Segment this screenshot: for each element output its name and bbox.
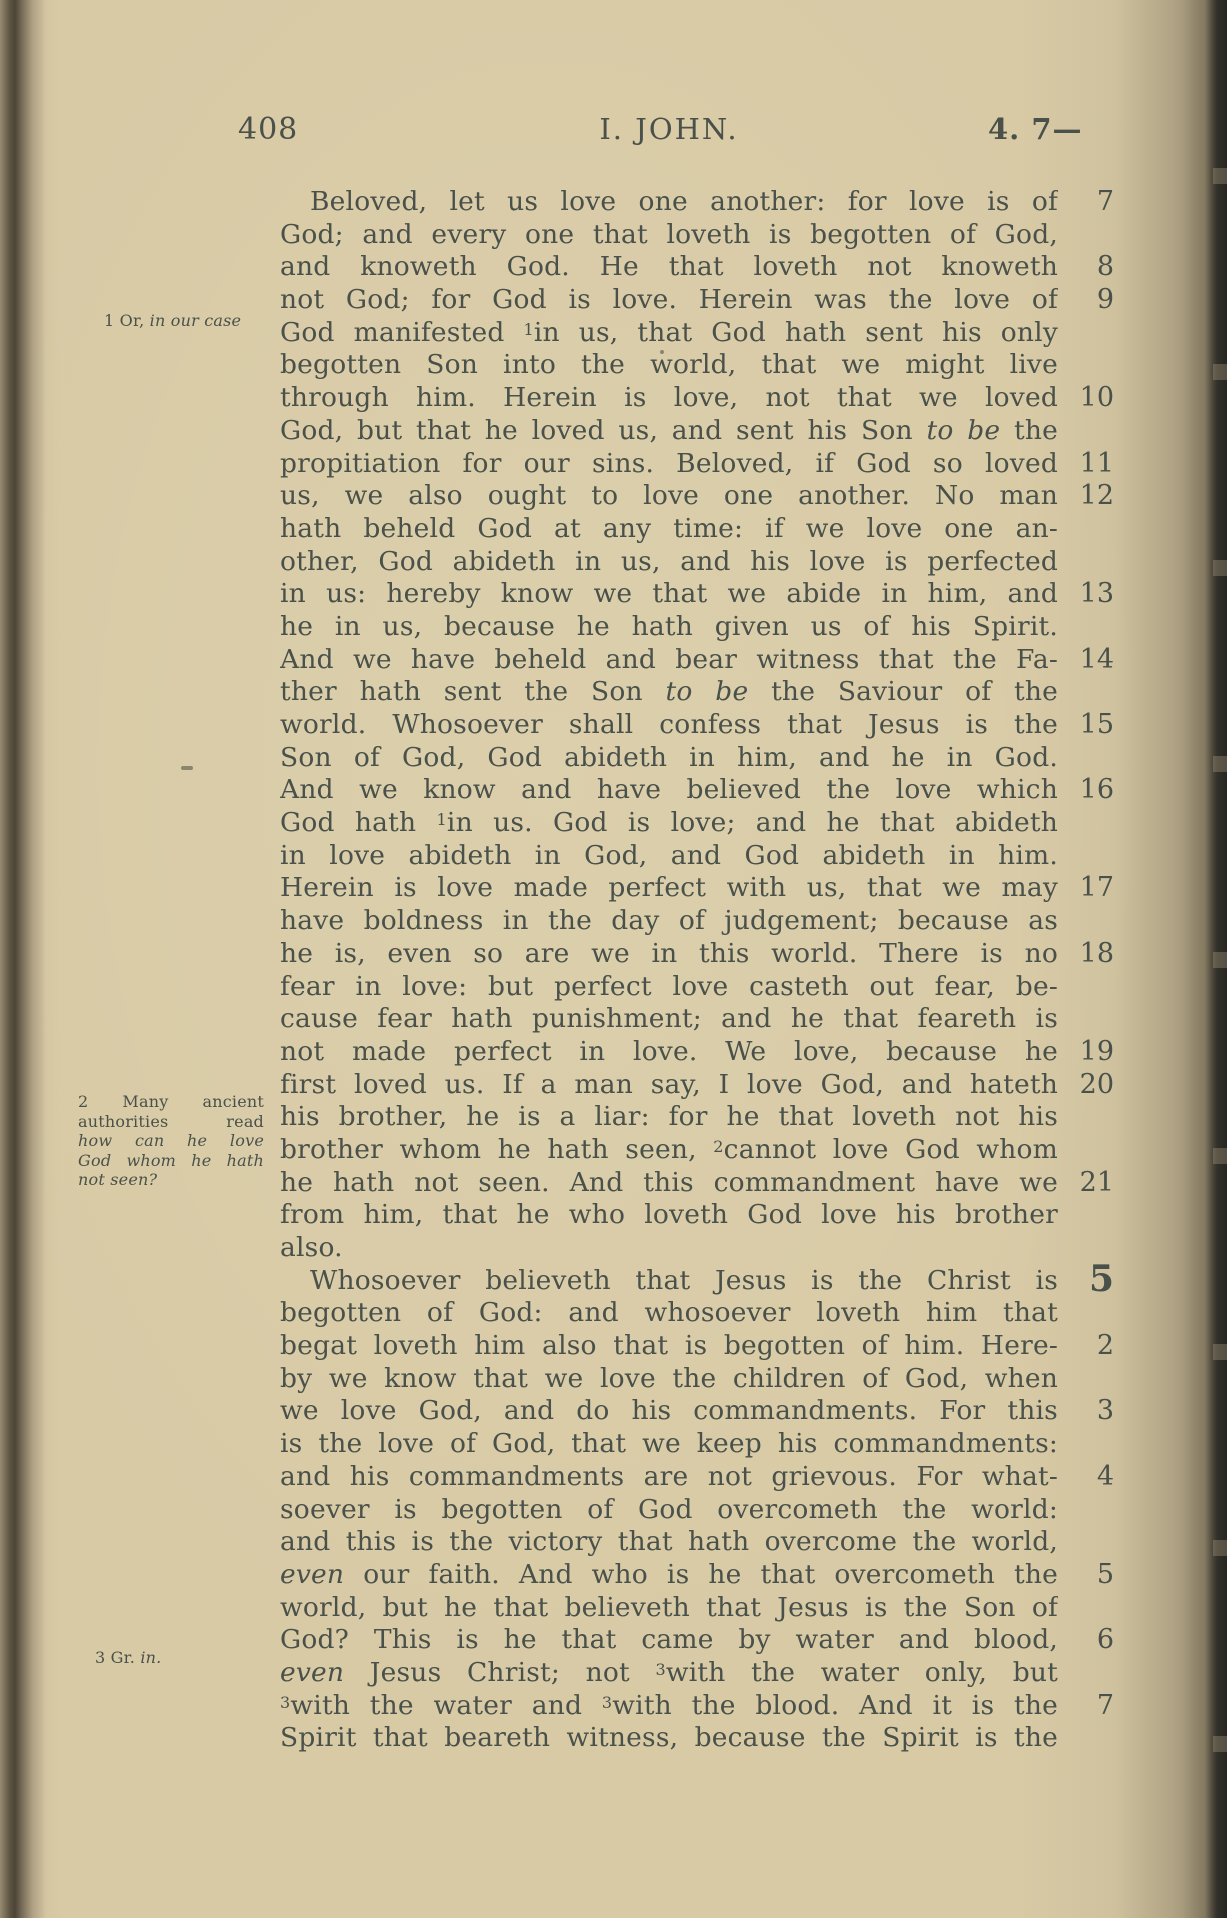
verse-number: [1058, 1134, 1114, 1167]
text-line: soever is begotten of God overcometh the…: [280, 1494, 1180, 1527]
book-title: I. JOHN.: [280, 112, 1058, 146]
verse-number: [1058, 1722, 1114, 1755]
text-line: ther hath sent the Son to be the Saviour…: [280, 676, 1180, 709]
text-line-content: he hath not seen. And this commandment h…: [280, 1167, 1058, 1200]
text-line-content: hath beheld God at any time: if we love …: [280, 513, 1058, 546]
text-line-content: And we have beheld and bear witness that…: [280, 644, 1058, 677]
verse-number: [1058, 349, 1114, 382]
text-line: hath beheld God at any time: if we love …: [280, 513, 1180, 546]
verse-number: 4: [1058, 1461, 1114, 1494]
text-line-content: by we know that we love the children of …: [280, 1363, 1058, 1396]
text-line-content: not God; for God is love. Herein was the…: [280, 284, 1058, 317]
text-line: from him, that he who loveth God love hi…: [280, 1199, 1180, 1232]
text-line: world. Whosoever shall confess that Jesu…: [280, 709, 1180, 742]
text-line-content: world, but he that believeth that Jesus …: [280, 1592, 1058, 1625]
text-line: in love abideth in God, and God abideth …: [280, 840, 1180, 873]
text-line: begat loveth him also that is begotten o…: [280, 1330, 1180, 1363]
text-line-content: and knoweth God. He that loveth not know…: [280, 251, 1058, 284]
text-line-content: Herein is love made perfect with us, tha…: [280, 872, 1058, 905]
text-line-content: his brother, he is a liar: for he that l…: [280, 1101, 1058, 1134]
text-line: And we know and have believed the love w…: [280, 774, 1180, 807]
running-head: 408 I. JOHN. 4. 7—: [0, 112, 1227, 146]
text-line-content: in love abideth in God, and God abideth …: [280, 840, 1058, 873]
text-line-content: world. Whosoever shall confess that Jesu…: [280, 709, 1058, 742]
verse-number: [1058, 1297, 1114, 1330]
margin-note-line: 1 Or, in our case: [104, 311, 262, 331]
text-line-content: cause fear hath punishment; and he that …: [280, 1003, 1058, 1036]
text-line-content: begat loveth him also that is begotten o…: [280, 1330, 1058, 1363]
text-line: have boldness in the day of judgement; b…: [280, 905, 1180, 938]
text-line: world, but he that believeth that Jesus …: [280, 1592, 1180, 1625]
text-line: even our faith. And who is he that overc…: [280, 1559, 1180, 1592]
text-line: he in us, because he hath given us of hi…: [280, 611, 1180, 644]
margin-note-line: how can he love: [78, 1131, 264, 1151]
page-stack-notches: [1213, 0, 1227, 1918]
page-stack-edge: [1117, 0, 1227, 1918]
verse-number: [1058, 807, 1114, 840]
text-line-content: begotten Son into the world, that we mig…: [280, 349, 1058, 382]
verse-number: [1058, 676, 1114, 709]
verse-number: [1058, 1363, 1114, 1396]
text-line-content: soever is begotten of God overcometh the…: [280, 1494, 1058, 1527]
text-line-content: from him, that he who loveth God love hi…: [280, 1199, 1058, 1232]
verse-number: [1058, 1199, 1114, 1232]
margin-note-3: 3 Gr. in.: [95, 1648, 225, 1668]
text-line: 3with the water and 3with the blood. And…: [280, 1690, 1180, 1723]
verse-number: 16: [1058, 774, 1114, 807]
text-line: his brother, he is a liar: for he that l…: [280, 1101, 1180, 1134]
verse-number: [1058, 513, 1114, 546]
text-line: God hath 1in us. God is love; and he tha…: [280, 807, 1180, 840]
chapter-number: 5: [1058, 1265, 1114, 1298]
verse-number: 6: [1058, 1624, 1114, 1657]
text-line-content: not made perfect in love. We love, becau…: [280, 1036, 1058, 1069]
text-line: propitiation for our sins. Beloved, if G…: [280, 448, 1180, 481]
text-line: in us: hereby know we that we abide in h…: [280, 578, 1180, 611]
text-line-content: and this is the victory that hath overco…: [280, 1526, 1058, 1559]
verse-number: [1058, 905, 1114, 938]
text-line: Herein is love made perfect with us, tha…: [280, 872, 1180, 905]
verse-number: 7: [1058, 1690, 1114, 1723]
margin-note-line: authorities read: [78, 1112, 264, 1132]
text-line-content: brother whom he hath seen, 2cannot love …: [280, 1134, 1058, 1167]
text-line-content: us, we also ought to love one another. N…: [280, 480, 1058, 513]
verse-number: 13: [1058, 578, 1114, 611]
text-line-content: God? This is he that came by water and b…: [280, 1624, 1058, 1657]
verse-number: 9: [1058, 284, 1114, 317]
verse-number: [1058, 611, 1114, 644]
text-line-content: and his commandments are not grievous. F…: [280, 1461, 1058, 1494]
text-line-content: ther hath sent the Son to be the Saviour…: [280, 676, 1058, 709]
verse-number: 5: [1058, 1559, 1114, 1592]
verse-number: [1058, 219, 1114, 252]
verse-number: [1058, 1428, 1114, 1461]
verse-number: 14: [1058, 644, 1114, 677]
verse-number: 21: [1058, 1167, 1114, 1200]
verse-number: 18: [1058, 938, 1114, 971]
text-line-content: we love God, and do his commandments. Fo…: [280, 1395, 1058, 1428]
text-line: God; and every one that loveth is begott…: [280, 219, 1180, 252]
verse-number: [1058, 415, 1114, 448]
margin-note-line: 3 Gr. in.: [95, 1648, 225, 1668]
text-line: and his commandments are not grievous. F…: [280, 1461, 1180, 1494]
text-line-content: he in us, because he hath given us of hi…: [280, 611, 1058, 644]
text-line-content: And we know and have believed the love w…: [280, 774, 1058, 807]
verse-number: 2: [1058, 1330, 1114, 1363]
text-line: God manifested 1in us, that God hath sen…: [280, 317, 1180, 350]
verse-number: 12: [1058, 480, 1114, 513]
text-line: begotten of God: and whosoever loveth hi…: [280, 1297, 1180, 1330]
scanned-book-page: 408 I. JOHN. 4. 7— 1 Or, in our case 2 M…: [0, 0, 1227, 1918]
text-line-content: propitiation for our sins. Beloved, if G…: [280, 448, 1058, 481]
text-line-content: in us: hereby know we that we abide in h…: [280, 578, 1058, 611]
scan-speck: [660, 350, 664, 354]
verse-number: 11: [1058, 448, 1114, 481]
text-line: not made perfect in love. We love, becau…: [280, 1036, 1180, 1069]
margin-note-line: God whom he hath: [78, 1151, 264, 1171]
book-binding-edge: [0, 0, 46, 1918]
text-line-content: Whosoever believeth that Jesus is the Ch…: [280, 1265, 1058, 1298]
text-line: and this is the victory that hath overco…: [280, 1526, 1180, 1559]
text-line: brother whom he hath seen, 2cannot love …: [280, 1134, 1180, 1167]
text-line: And we have beheld and bear witness that…: [280, 644, 1180, 677]
verse-number: [1058, 1526, 1114, 1559]
verse-number: 10: [1058, 382, 1114, 415]
scripture-text: Beloved, let us love one another: for lo…: [280, 186, 1180, 1755]
text-line-content: Beloved, let us love one another: for lo…: [280, 186, 1058, 219]
text-line-content: fear in love: but perfect love casteth o…: [280, 971, 1058, 1004]
text-line-content: begotten of God: and whosoever loveth hi…: [280, 1297, 1058, 1330]
text-line: God? This is he that came by water and b…: [280, 1624, 1180, 1657]
verse-number: [1058, 1494, 1114, 1527]
text-line: through him. Herein is love, not that we…: [280, 382, 1180, 415]
text-line-content: God; and every one that loveth is begott…: [280, 219, 1058, 252]
text-line: he hath not seen. And this commandment h…: [280, 1167, 1180, 1200]
verse-number: 15: [1058, 709, 1114, 742]
verse-number: [1058, 1101, 1114, 1134]
text-line: is the love of God, that we keep his com…: [280, 1428, 1180, 1461]
verse-number: 8: [1058, 251, 1114, 284]
scan-speck: [181, 766, 193, 770]
text-line: not God; for God is love. Herein was the…: [280, 284, 1180, 317]
verse-number: [1058, 546, 1114, 579]
text-line-content: he is, even so are we in this world. The…: [280, 938, 1058, 971]
margin-note-1: 1 Or, in our case: [104, 311, 262, 331]
margin-note-line: not seen?: [78, 1170, 264, 1190]
verse-number: 3: [1058, 1395, 1114, 1428]
chapter-verse-reference: 4. 7—: [988, 112, 1083, 146]
text-line: he is, even so are we in this world. The…: [280, 938, 1180, 971]
verse-number: 7: [1058, 186, 1114, 219]
text-line: cause fear hath punishment; and he that …: [280, 1003, 1180, 1036]
text-line: even Jesus Christ; not 3with the water o…: [280, 1657, 1180, 1690]
text-line: other, God abideth in us, and his love i…: [280, 546, 1180, 579]
text-line-content: other, God abideth in us, and his love i…: [280, 546, 1058, 579]
verse-number: [1058, 317, 1114, 350]
verse-number: [1058, 971, 1114, 1004]
verse-number: [1058, 1657, 1114, 1690]
text-line: Son of God, God abideth in him, and he i…: [280, 742, 1180, 775]
text-line-content: God hath 1in us. God is love; and he tha…: [280, 807, 1058, 840]
text-line-content: God, but that he loved us, and sent his …: [280, 415, 1058, 448]
text-line-content: even our faith. And who is he that overc…: [280, 1559, 1058, 1592]
text-line-content: also.: [280, 1232, 1058, 1265]
text-line-content: is the love of God, that we keep his com…: [280, 1428, 1058, 1461]
verse-number: 19: [1058, 1036, 1114, 1069]
verse-number: 17: [1058, 872, 1114, 905]
text-line: begotten Son into the world, that we mig…: [280, 349, 1180, 382]
text-line: and knoweth God. He that loveth not know…: [280, 251, 1180, 284]
text-line: Beloved, let us love one another: for lo…: [280, 186, 1180, 219]
verse-number: 20: [1058, 1069, 1114, 1102]
verse-number: [1058, 1592, 1114, 1625]
verse-number: [1058, 1003, 1114, 1036]
text-line-content: through him. Herein is love, not that we…: [280, 382, 1058, 415]
text-line: we love God, and do his commandments. Fo…: [280, 1395, 1180, 1428]
text-line: fear in love: but perfect love casteth o…: [280, 971, 1180, 1004]
text-line-content: Spirit that beareth witness, because the…: [280, 1722, 1058, 1755]
verse-number: [1058, 742, 1114, 775]
text-line: first loved us. If a man say, I love God…: [280, 1069, 1180, 1102]
text-line: by we know that we love the children of …: [280, 1363, 1180, 1396]
text-line-content: first loved us. If a man say, I love God…: [280, 1069, 1058, 1102]
text-line-content: even Jesus Christ; not 3with the water o…: [280, 1657, 1058, 1690]
text-line-content: Son of God, God abideth in him, and he i…: [280, 742, 1058, 775]
text-line-content: God manifested 1in us, that God hath sen…: [280, 317, 1058, 350]
verse-number: [1058, 840, 1114, 873]
text-line-content: have boldness in the day of judgement; b…: [280, 905, 1058, 938]
text-line: also.: [280, 1232, 1180, 1265]
text-line: Whosoever believeth that Jesus is the Ch…: [280, 1265, 1180, 1298]
margin-note-2: 2 Many ancientauthorities readhow can he…: [78, 1092, 264, 1190]
text-line: us, we also ought to love one another. N…: [280, 480, 1180, 513]
margin-note-line: 2 Many ancient: [78, 1092, 264, 1112]
text-line: Spirit that beareth witness, because the…: [280, 1722, 1180, 1755]
scan-speck: [956, 597, 961, 602]
text-line: God, but that he loved us, and sent his …: [280, 415, 1180, 448]
text-line-content: 3with the water and 3with the blood. And…: [280, 1690, 1058, 1723]
